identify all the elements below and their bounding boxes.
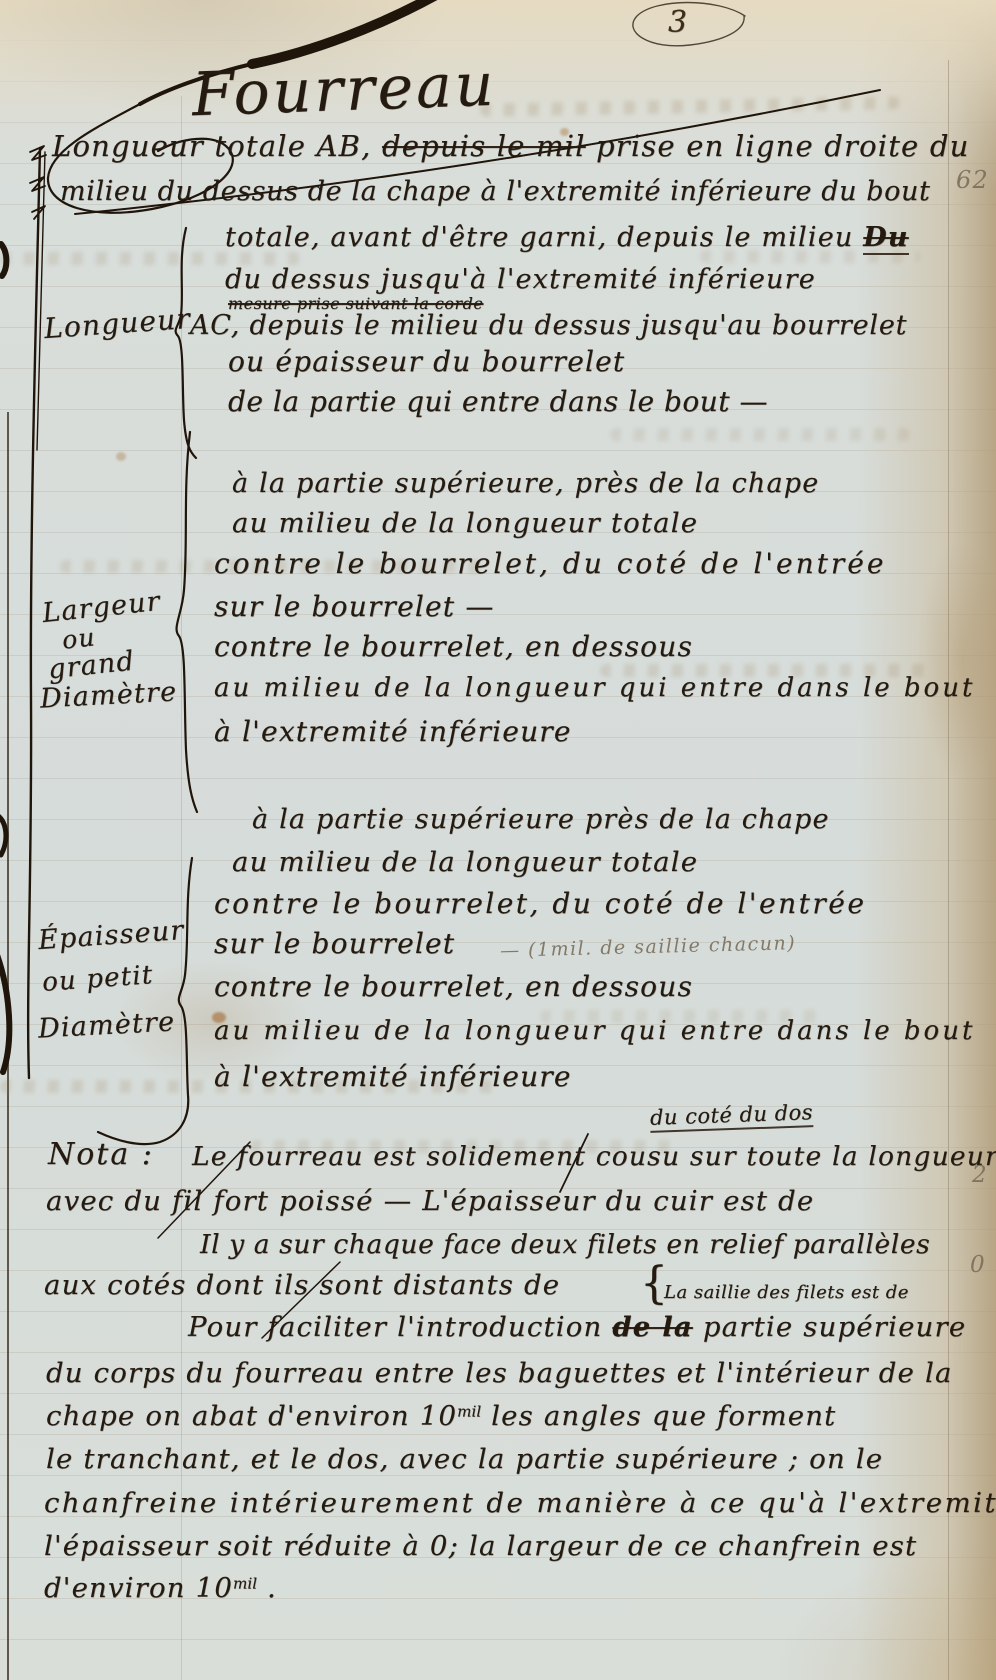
line-l25: Il y a sur chaque face deux filets en re… (200, 1232, 930, 1259)
line-l24: avec du fil fort poissé — L'épaisseur du… (46, 1188, 814, 1216)
margin-label-ou: ou (61, 624, 97, 652)
line-l33: d'environ 10mil . (44, 1575, 277, 1603)
line-l3-pre: totale, avant d'être garni, depuis le mi… (225, 222, 863, 253)
edge-ink-fragment-1 (0, 815, 6, 855)
margin-label-ou-petit: ou petit (41, 962, 154, 996)
line-l30: le tranchant, et le dos, avec la partie … (46, 1446, 883, 1474)
line-l29: chape on abat d'environ 10mil les angles… (46, 1403, 836, 1431)
line-l8: de la partie qui entre dans le bout — (228, 388, 768, 416)
line-l18: contre le bourrelet, du coté de l'entrée (214, 890, 866, 918)
line-l9: à la partie supérieure, près de la chape (232, 470, 819, 497)
line-l1-struck: depuis le mil (382, 129, 586, 163)
line-l12: sur le bourrelet — (214, 593, 495, 621)
line-l14: au milieu de la longueur qui entre dans … (214, 675, 975, 701)
line-l23: Le fourreau est solidement cousu sur tou… (192, 1144, 996, 1171)
line-l29-post: les angles que forment (481, 1400, 836, 1432)
line-l19: sur le bourrelet (214, 930, 455, 958)
line-l17: au milieu de la longueur totale (232, 849, 698, 877)
line-l33-post: . (257, 1572, 277, 1604)
brace-largeur (177, 432, 197, 812)
line-l15: à l'extremité inférieure (214, 718, 572, 746)
brace-epaisseur (98, 858, 192, 1144)
line-l1-post: prise en ligne droite du (586, 129, 970, 163)
line-l6: AC, depuis le milieu du dessus jusqu'au … (190, 312, 907, 339)
line-l28: du corps du fourreau entre les baguettes… (46, 1360, 953, 1388)
manuscript-page: 3 Fourreau Longueur totale AB, depuis le… (0, 0, 996, 1680)
line-l26b: La saillie des filets est de (664, 1284, 909, 1302)
line-l1-pre: Longueur totale AB, (52, 129, 382, 163)
page-title: Fourreau (191, 55, 497, 126)
line-l10: au milieu de la longueur totale (232, 510, 698, 538)
line-l29-sup: mil (457, 1403, 481, 1421)
page-number: 3 (668, 8, 688, 38)
pencil-value-mid: 2 (972, 1164, 988, 1187)
line-l33-sup: mil (233, 1575, 257, 1593)
line-l31: chanfreine intérieurement de manière à c… (44, 1490, 996, 1518)
line-l27: Pour faciliter l'introduction de la part… (188, 1314, 966, 1342)
line-l29-pre: chape on abat d'environ 10 (46, 1400, 457, 1432)
page-number-oval (633, 3, 745, 46)
pencil-value-low: 0 (970, 1254, 986, 1277)
margin-label-diametre-2: Diamètre (37, 1008, 176, 1042)
line-l27-pre: Pour faciliter l'introduction (188, 1311, 612, 1343)
margin-label-diametre: Diamètre (39, 678, 178, 712)
nota-label: Nota : (48, 1140, 154, 1170)
line-l2: milieu du dessus de la chape à l'extremi… (60, 178, 930, 205)
line-l3: totale, avant d'être garni, depuis le mi… (225, 224, 909, 251)
line-l21: au milieu de la longueur qui entre dans … (214, 1018, 975, 1044)
line-l26a: aux cotés dont ils sont distants de (44, 1272, 560, 1300)
line-l20: contre le bourrelet, en dessous (214, 973, 693, 1001)
edge-ink-fragment-2 (0, 952, 9, 1072)
line-l7: ou épaisseur du bourrelet (228, 348, 625, 376)
line-l4: du dessus jusqu'à l'extremité inférieure (225, 266, 816, 293)
line-l3-struck: Du (863, 222, 908, 255)
edge-ink-fragment-3 (1, 244, 6, 276)
line-l16: à la partie supérieure près de la chape (252, 806, 830, 833)
line-l11: contre le bourrelet, du coté de l'entrée (214, 550, 886, 578)
pencil-value-top: 62 (956, 168, 989, 192)
brace-longueur (176, 228, 196, 458)
line-l1: Longueur totale AB, depuis le mil prise … (52, 132, 969, 161)
line-l33-pre: d'environ 10 (44, 1572, 233, 1604)
line-l13: contre le bourrelet, en dessous (214, 633, 693, 661)
line-l27-struck: de la (612, 1311, 693, 1343)
line-l22: à l'extremité inférieure (214, 1063, 572, 1091)
line-l27-post: partie supérieure (693, 1311, 966, 1343)
line-l32: l'épaisseur soit réduite à 0; la largeur… (44, 1533, 917, 1561)
